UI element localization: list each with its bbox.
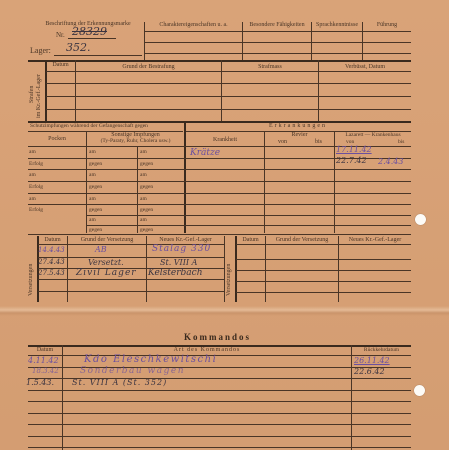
punch-hole	[414, 385, 425, 396]
rule	[145, 31, 411, 32]
rule	[28, 436, 411, 437]
rule	[145, 42, 411, 43]
sonstige-cell: gegen	[140, 161, 153, 168]
vers-datum: 27.4.43	[38, 258, 65, 266]
kdo-art: Sonderbau wagen	[80, 366, 185, 376]
sonstige-cell: gegen	[89, 227, 102, 234]
sonstige-label-2: (Ty-Paraty, Ruhr, Cholera usw.)	[87, 138, 184, 145]
divider	[45, 60, 47, 122]
kdo-rueckkehr: 26.11.42	[354, 356, 390, 365]
vers-datum: 27.5.43	[38, 269, 65, 277]
rule	[28, 181, 411, 182]
sonstige-cell: gegen	[89, 184, 102, 191]
rule	[28, 204, 411, 205]
nr-label: Nr.	[56, 32, 65, 39]
fold-crease	[0, 306, 449, 316]
rule	[86, 215, 411, 216]
vers-datum: 14.4.43	[38, 246, 65, 254]
lager-label: Lager:	[30, 46, 51, 55]
rule	[46, 83, 411, 84]
vers-lager: St. VIII A	[160, 258, 197, 267]
versetzungen-side-label-left: Versetzungen	[28, 264, 34, 296]
sonstige-cell: am	[140, 196, 147, 203]
strafen-col-strafmass: Strafmass	[222, 64, 318, 71]
sonstige-cell: am	[89, 196, 96, 203]
strafen-col-verbuesst: Verbüsst, Datum	[319, 64, 411, 71]
col-fuehrung: Führung	[363, 22, 411, 29]
rule	[236, 281, 411, 282]
rule	[28, 193, 411, 194]
divider	[62, 345, 63, 450]
lazarett-von-entry: 17.11.42	[336, 145, 372, 154]
kdo-art: Kdo Eleschkewitschi	[84, 354, 217, 365]
vers-lager: Stalag 330	[152, 244, 211, 254]
nr-value: 28329	[72, 25, 107, 38]
vers-col-grund-2: Grund der Versetzung	[266, 237, 338, 244]
rule	[28, 169, 411, 170]
strafen-col-datum: Datum	[46, 62, 75, 69]
sonstige-cell: am	[140, 217, 147, 224]
versetzungen-side-label-right: Versetzungen	[226, 264, 232, 296]
rule	[46, 96, 411, 97]
strafen-side-label: Strafen	[29, 86, 35, 103]
strafen-col-grund: Grund der Bestrafung	[76, 64, 221, 71]
rule	[46, 71, 411, 72]
strafen-side-label-2: im Kr.-Gef.-Lager	[36, 74, 42, 118]
pocken-cell: Erfolg	[29, 161, 43, 168]
sonstige-cell: gegen	[140, 227, 153, 234]
rule	[28, 424, 411, 425]
sonstige-cell: am	[89, 172, 96, 179]
divider	[137, 146, 138, 233]
kdo-col-rueckkehr: Rückkehrdatum	[352, 347, 411, 354]
lazarett-bis-entry: 2.4.43	[378, 157, 403, 166]
rule	[28, 413, 411, 414]
pocken-cell: am	[29, 172, 36, 179]
punch-hole	[415, 214, 426, 225]
erkrankungen-title: Erkrankungen	[185, 123, 411, 130]
kdo-datum: 4.11.42	[28, 356, 59, 365]
vers-lager: Kelsterbach	[148, 268, 203, 278]
rule	[236, 270, 411, 271]
pocken-label: Pocken	[28, 136, 86, 143]
kdo-col-datum: Datum	[28, 347, 62, 354]
kdo-art: St. VIII A (St. 352)	[72, 378, 167, 387]
rule	[145, 53, 411, 54]
divider	[351, 345, 352, 450]
rule	[236, 259, 411, 260]
lazarett-label: Lazarett — Krankenhaus	[335, 132, 411, 139]
sonstige-cell: am	[89, 149, 96, 156]
vers-grund: Zivil Lager	[76, 268, 137, 278]
lazarett-von-entry: 22.7.42	[336, 156, 367, 165]
sonstige-cell: gegen	[140, 207, 153, 214]
lager-value: 352.	[66, 41, 91, 54]
sonstige-cell: am	[89, 217, 96, 224]
krankheit-label: Krankheit	[186, 137, 264, 144]
col-sprach: Sprachkenntnisse	[312, 22, 362, 29]
vers-col-lager-2: Neues Kr.-Gef.-Lager	[339, 237, 411, 244]
vers-col-grund: Grund der Versetzung	[68, 237, 146, 244]
sonstige-cell: gegen	[89, 207, 102, 214]
pocken-cell: am	[29, 196, 36, 203]
revier-von: von	[278, 139, 287, 146]
col-charakter: Charaktereigenschaften u. a.	[145, 22, 242, 29]
lazarett-bis: bis	[398, 139, 404, 146]
divider	[146, 236, 147, 302]
rule	[28, 390, 411, 391]
sonstige-cell: gegen	[89, 161, 102, 168]
rule	[28, 234, 411, 235]
kdo-col-art: Art des Kommandos	[63, 347, 351, 354]
rule	[86, 225, 411, 226]
record-card: Beschriftung der Erkennungsmarke Nr. 283…	[0, 0, 449, 450]
vers-col-datum: Datum	[38, 237, 67, 244]
revier-label: Revier	[265, 132, 334, 139]
col-faehigkeiten: Besondere Fähigkeiten	[243, 22, 311, 29]
vers-grund: AB	[95, 245, 107, 254]
krankheit-entry: Krätze	[190, 148, 220, 158]
rule	[28, 401, 411, 402]
rule	[236, 244, 411, 245]
pocken-cell: Erfolg	[29, 207, 43, 214]
kdo-rueckkehr: 22.6.42	[354, 367, 385, 376]
rule	[28, 60, 411, 62]
schutzimpfungen-title: Schutzimpfungen während der Gefangenscha…	[30, 123, 148, 130]
divider	[224, 236, 225, 302]
kommandos-title: Kommandos	[184, 332, 251, 342]
rule	[38, 291, 224, 292]
vers-col-lager: Neues Kr.-Gef.-Lager	[147, 237, 224, 244]
vers-grund: Versetzt.	[88, 258, 124, 267]
lager-underline	[54, 55, 142, 56]
vers-col-datum-2: Datum	[236, 237, 265, 244]
kdo-datum: 18.3.42	[32, 367, 59, 375]
divider	[67, 236, 68, 302]
pocken-cell: Erfolg	[29, 184, 43, 191]
rule	[236, 292, 411, 293]
rule	[28, 447, 411, 448]
sonstige-cell: am	[140, 172, 147, 179]
nr-underline	[68, 38, 116, 39]
sonstige-cell: gegen	[140, 184, 153, 191]
kdo-datum: 1.5.43.	[26, 378, 54, 387]
rule	[38, 279, 224, 280]
rule	[46, 109, 411, 110]
pocken-cell: am	[29, 149, 36, 156]
revier-bis: bis	[315, 139, 322, 146]
sonstige-cell: am	[140, 149, 147, 156]
